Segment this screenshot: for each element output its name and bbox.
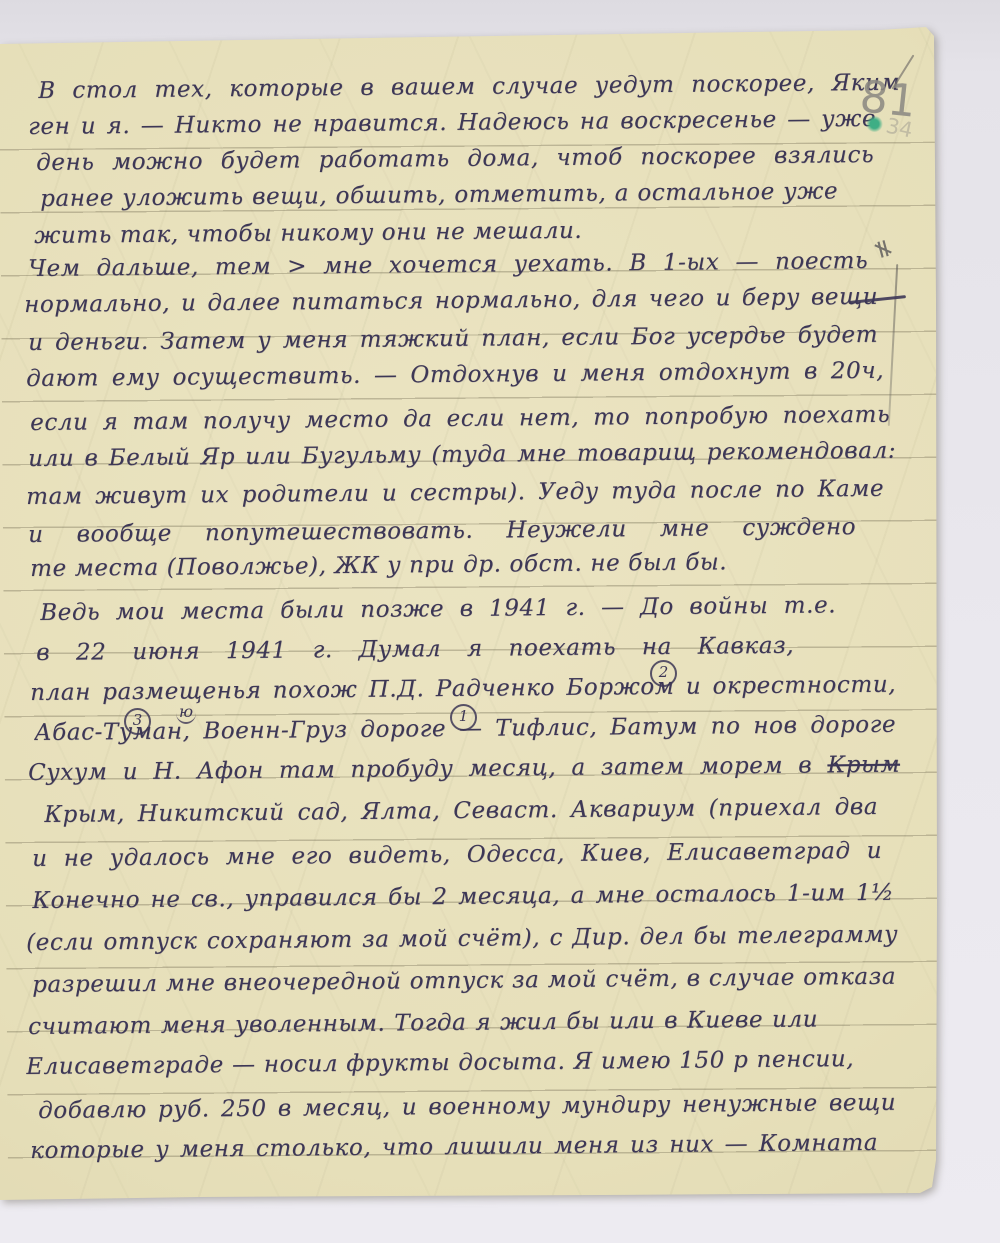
handwritten-line: Конечно не св., управился бы 2 месяца, а… (32, 876, 894, 924)
handwritten-line: те места (Поволжье), ЖК у при др. обст. … (30, 545, 727, 592)
green-mark (866, 116, 883, 132)
strikethrough-word: Крым (827, 752, 900, 779)
circled-number: 1 (450, 704, 477, 731)
handwritten-line: разрешил мне внеочередной отпуск за мой … (32, 960, 896, 1008)
handwriting-block: В стол тех, которые в вашем случае уедут… (0, 0, 1000, 1243)
circled-number: 2 (650, 660, 677, 687)
handwritten-line: Елисаветграде — носил фрукты досыта. Я и… (26, 1042, 854, 1090)
handwritten-line: которые у меня столько, что лишили меня … (30, 1126, 878, 1174)
scanned-manuscript-page: В стол тех, которые в вашем случае уедут… (0, 0, 1000, 1243)
pencil-number-faint: 34 (884, 113, 915, 142)
handwritten-line: (если отпуск сохраняют за мой счёт), с Д… (26, 918, 898, 966)
paper-shadow: В стол тех, которые в вашем случае уедут… (0, 0, 1000, 1243)
superscript: ю (176, 702, 196, 724)
manuscript-paper: В стол тех, которые в вашем случае уедут… (0, 0, 1000, 1243)
circled-number: 3 (124, 708, 151, 735)
handwritten-line: Сухум и Н. Афон там пробуду месяц, а зат… (28, 748, 900, 796)
handwritten-line: дают ему осуществить. — Отдохнув и меня … (26, 354, 884, 402)
handwritten-line: Крым, Никитский сад, Ялта, Севаст. Аквар… (44, 790, 878, 838)
handwritten-line: и не удалось мне его видеть, Одесса, Кие… (32, 834, 882, 882)
